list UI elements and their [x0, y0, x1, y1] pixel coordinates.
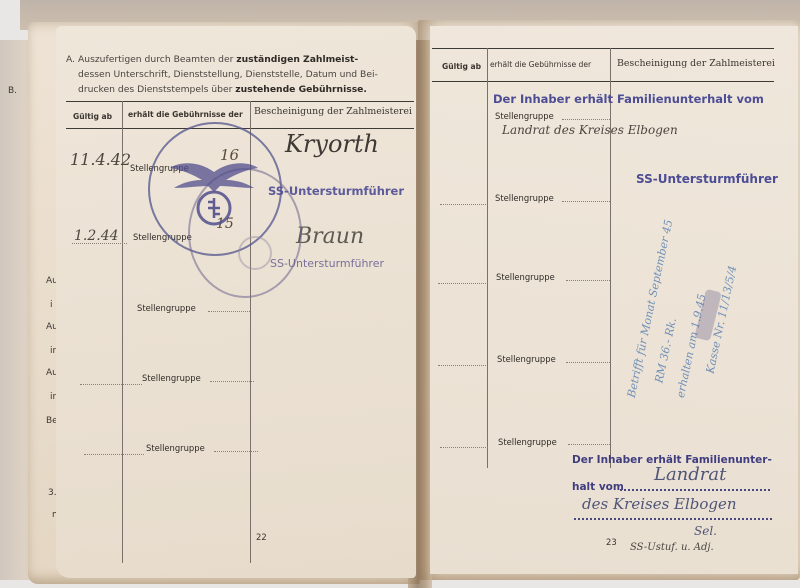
handwritten-landrat: Landrat	[654, 464, 726, 485]
dotted-leader	[84, 454, 144, 455]
column-header-certification: Bescheinigung der Zahlmeisterei	[617, 58, 775, 69]
dotted-leader	[208, 311, 250, 312]
valid-from-date: 1.2.44	[74, 228, 119, 244]
family-support-stamp: Der Inhaber erhält Familienunterhalt vom	[493, 92, 764, 106]
faint-emblem-icon	[238, 236, 272, 270]
dotted-leader	[568, 444, 610, 445]
stellengruppe-label: Stellengruppe	[498, 437, 557, 447]
column-header-valid-from: Gültig ab	[442, 62, 481, 71]
stellengruppe-label: Stellengruppe	[495, 111, 554, 121]
valid-from-date: 11.4.42	[70, 150, 131, 169]
header-rule-top	[66, 101, 414, 102]
dotted-fill-line	[620, 489, 770, 491]
dotted-leader	[72, 243, 127, 244]
column-divider	[122, 101, 123, 563]
eagle-emblem-icon	[168, 152, 260, 230]
column-header-fees: erhält die Gebührnisse der	[128, 110, 243, 119]
column-header-certification: Bescheinigung der Zahlmeisterei	[254, 106, 412, 117]
dotted-leader	[438, 283, 486, 284]
stellengruppe-label: Stellengruppe	[146, 443, 205, 453]
margin-fragment: B.	[8, 86, 17, 96]
dotted-leader	[214, 451, 258, 452]
column-divider	[610, 48, 611, 468]
page-number: 22	[256, 532, 267, 542]
family-support-stamp-bottom-line2: halt vom	[572, 481, 624, 493]
column-header-fees: erhält die Gebührnisse der	[490, 60, 591, 69]
handwritten-district: des Kreises Elbogen	[582, 495, 737, 513]
signature: Kryorth	[285, 130, 379, 158]
dotted-leader	[440, 447, 488, 448]
column-header-valid-from: Gültig ab	[73, 112, 112, 121]
stellengruppe-label: Stellengruppe	[137, 303, 196, 313]
stellengruppe-label: Stellengruppe	[496, 272, 555, 282]
dotted-leader	[210, 381, 254, 382]
dotted-leader	[80, 384, 142, 385]
handwritten-sel: Sel.	[694, 524, 717, 538]
signature: Braun	[296, 224, 364, 249]
rank-stamp: SS-Untersturmführer	[636, 172, 778, 186]
column-divider	[487, 48, 488, 468]
dotted-leader	[438, 365, 486, 366]
dotted-leader	[566, 280, 610, 281]
dotted-leader	[566, 362, 610, 363]
dotted-leader	[440, 204, 486, 205]
stellengruppe-label: Stellengruppe	[497, 354, 556, 364]
stellengruppe-label: Stellengruppe	[142, 373, 201, 383]
stellengruppe-label: Stellengruppe	[495, 193, 554, 203]
header-rule-bottom	[432, 81, 774, 82]
instructions-text: A. Auszufertigen durch Beamten der zustä…	[66, 52, 410, 97]
dotted-leader	[562, 201, 610, 202]
scrawled-signature: SS-Ustuf. u. Adj.	[630, 542, 714, 553]
handwritten-authority: Landrat des Kreises Elbogen	[502, 123, 678, 137]
dotted-leader	[562, 119, 610, 120]
margin-fragment: i	[50, 300, 53, 310]
page-number: 23	[606, 537, 617, 547]
dotted-fill-line	[574, 518, 772, 520]
header-rule-top	[432, 48, 774, 49]
